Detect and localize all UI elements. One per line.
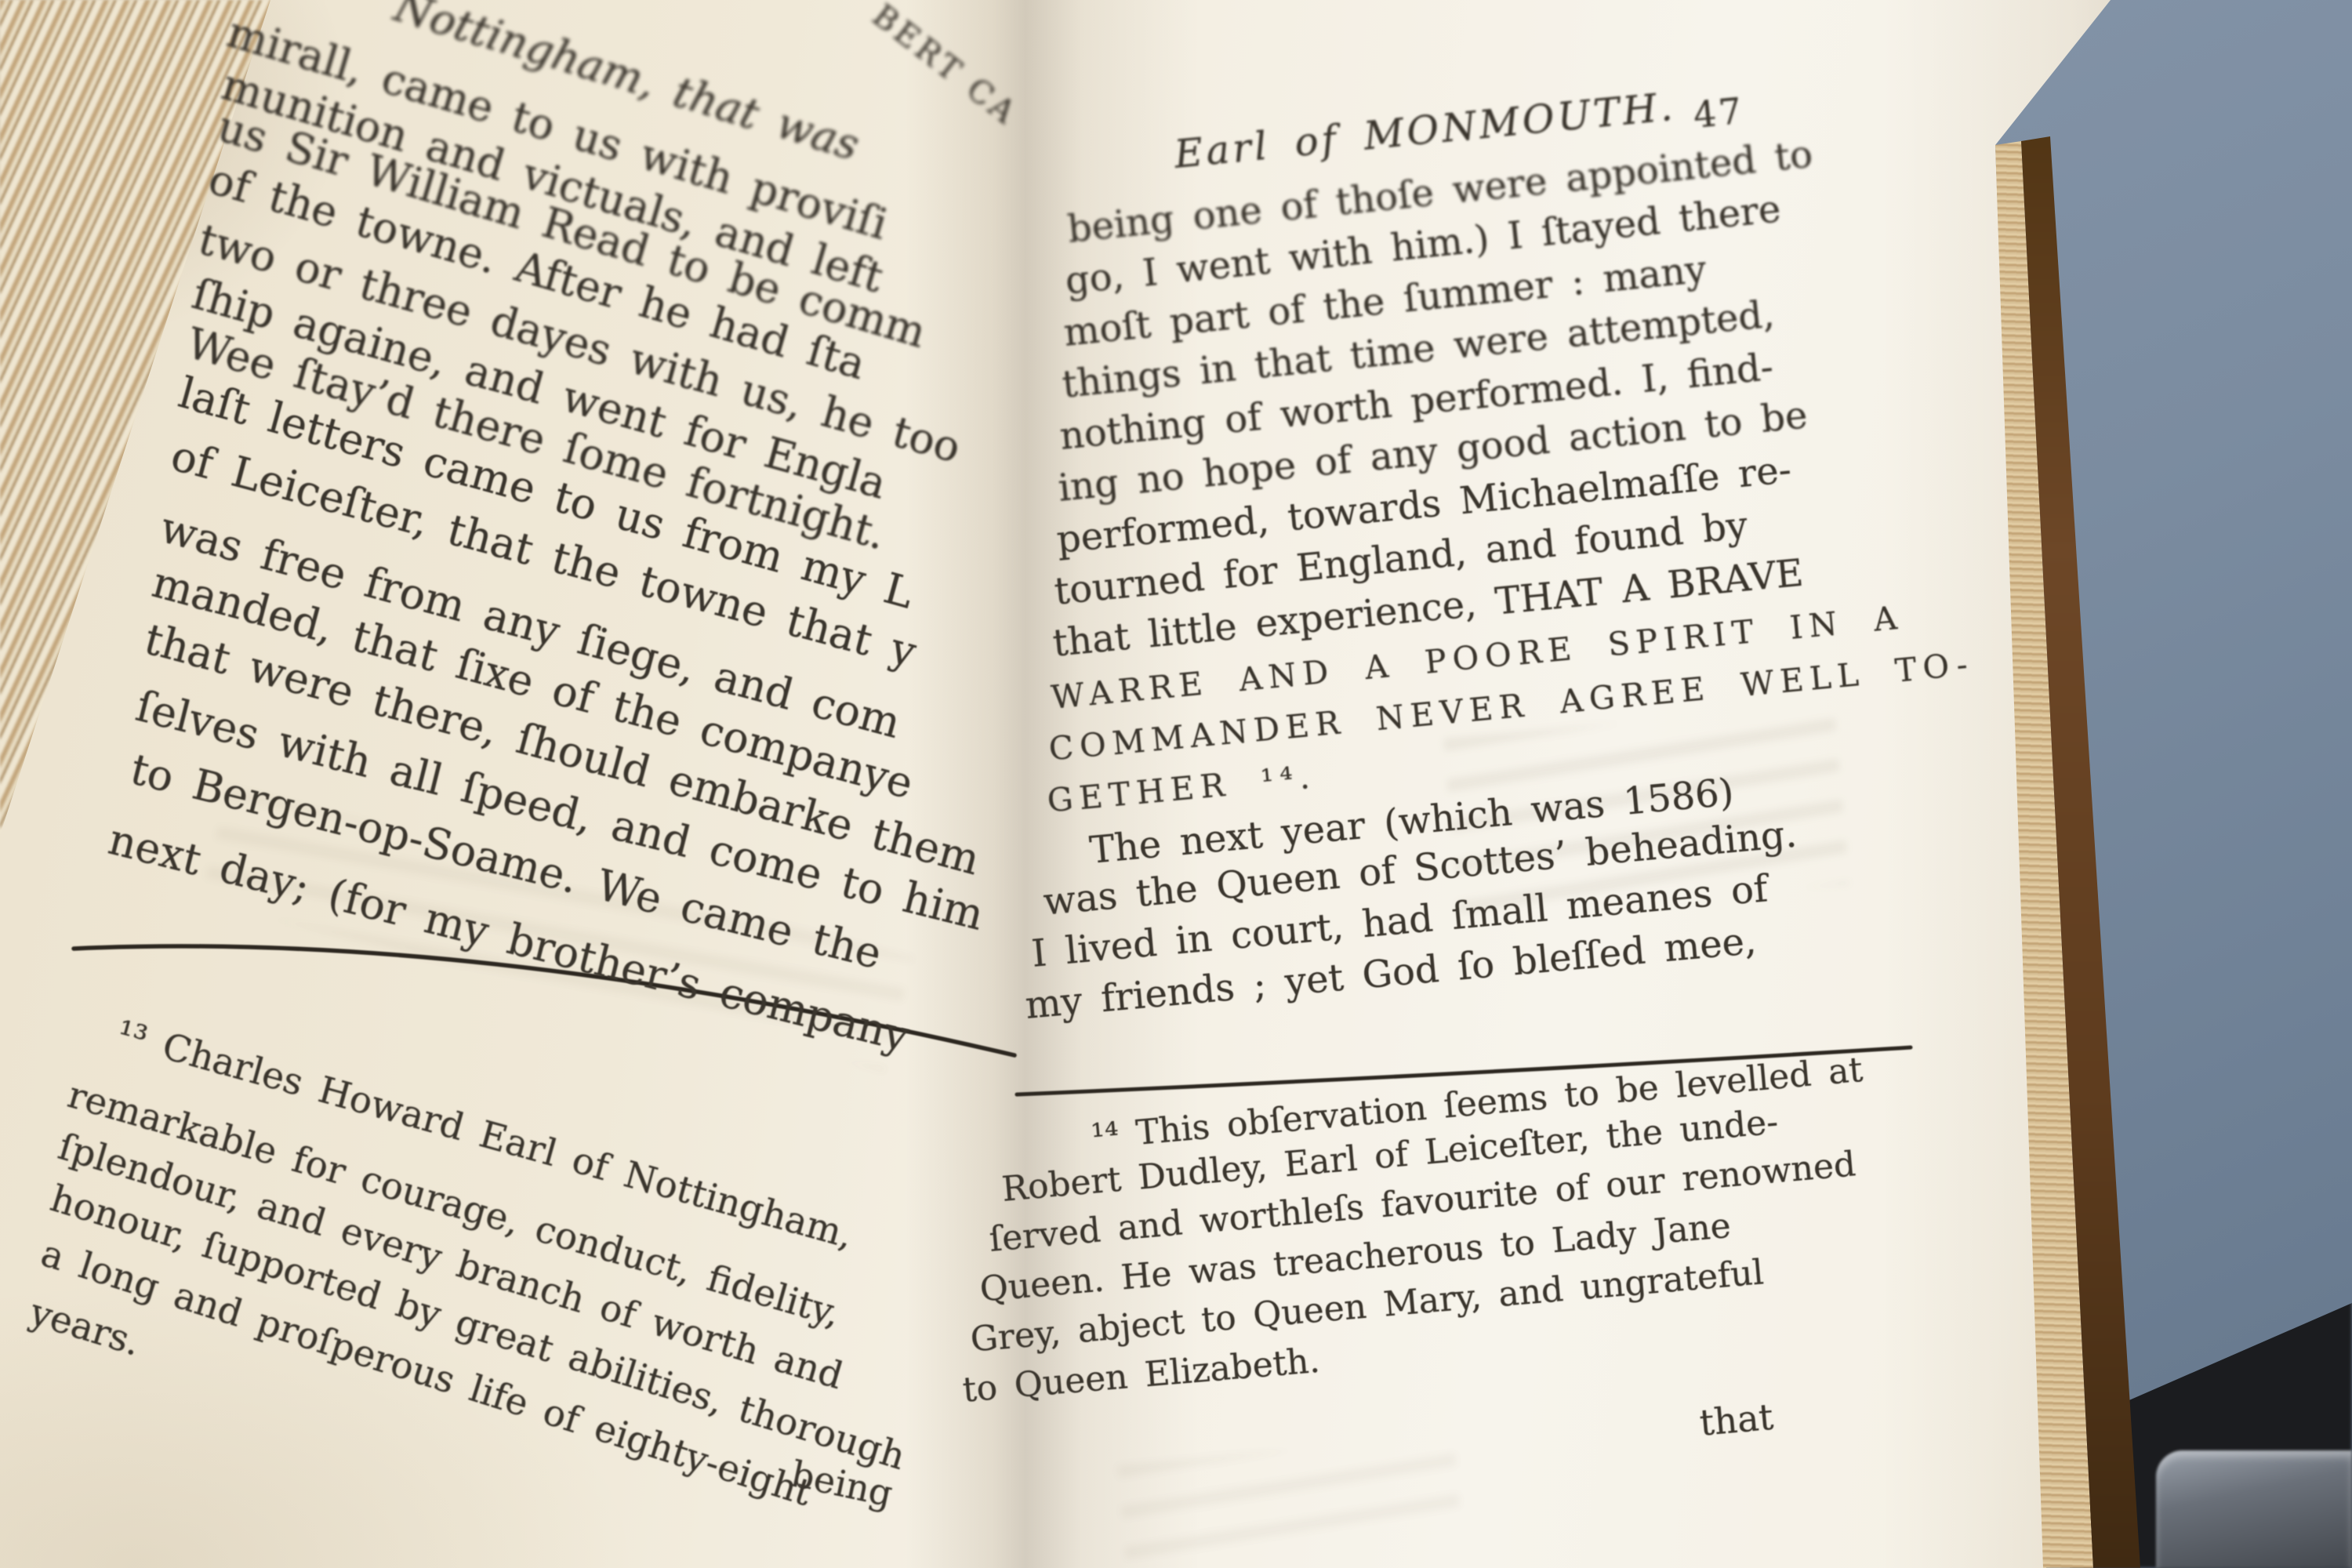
right-page-number: 47 [1691,89,1745,136]
book-photograph: BERT CA Nottingham, that was mirall, cam… [0,0,2352,1568]
table-corner-object [2156,1450,2352,1568]
right-catchword: that [1698,1396,1775,1444]
